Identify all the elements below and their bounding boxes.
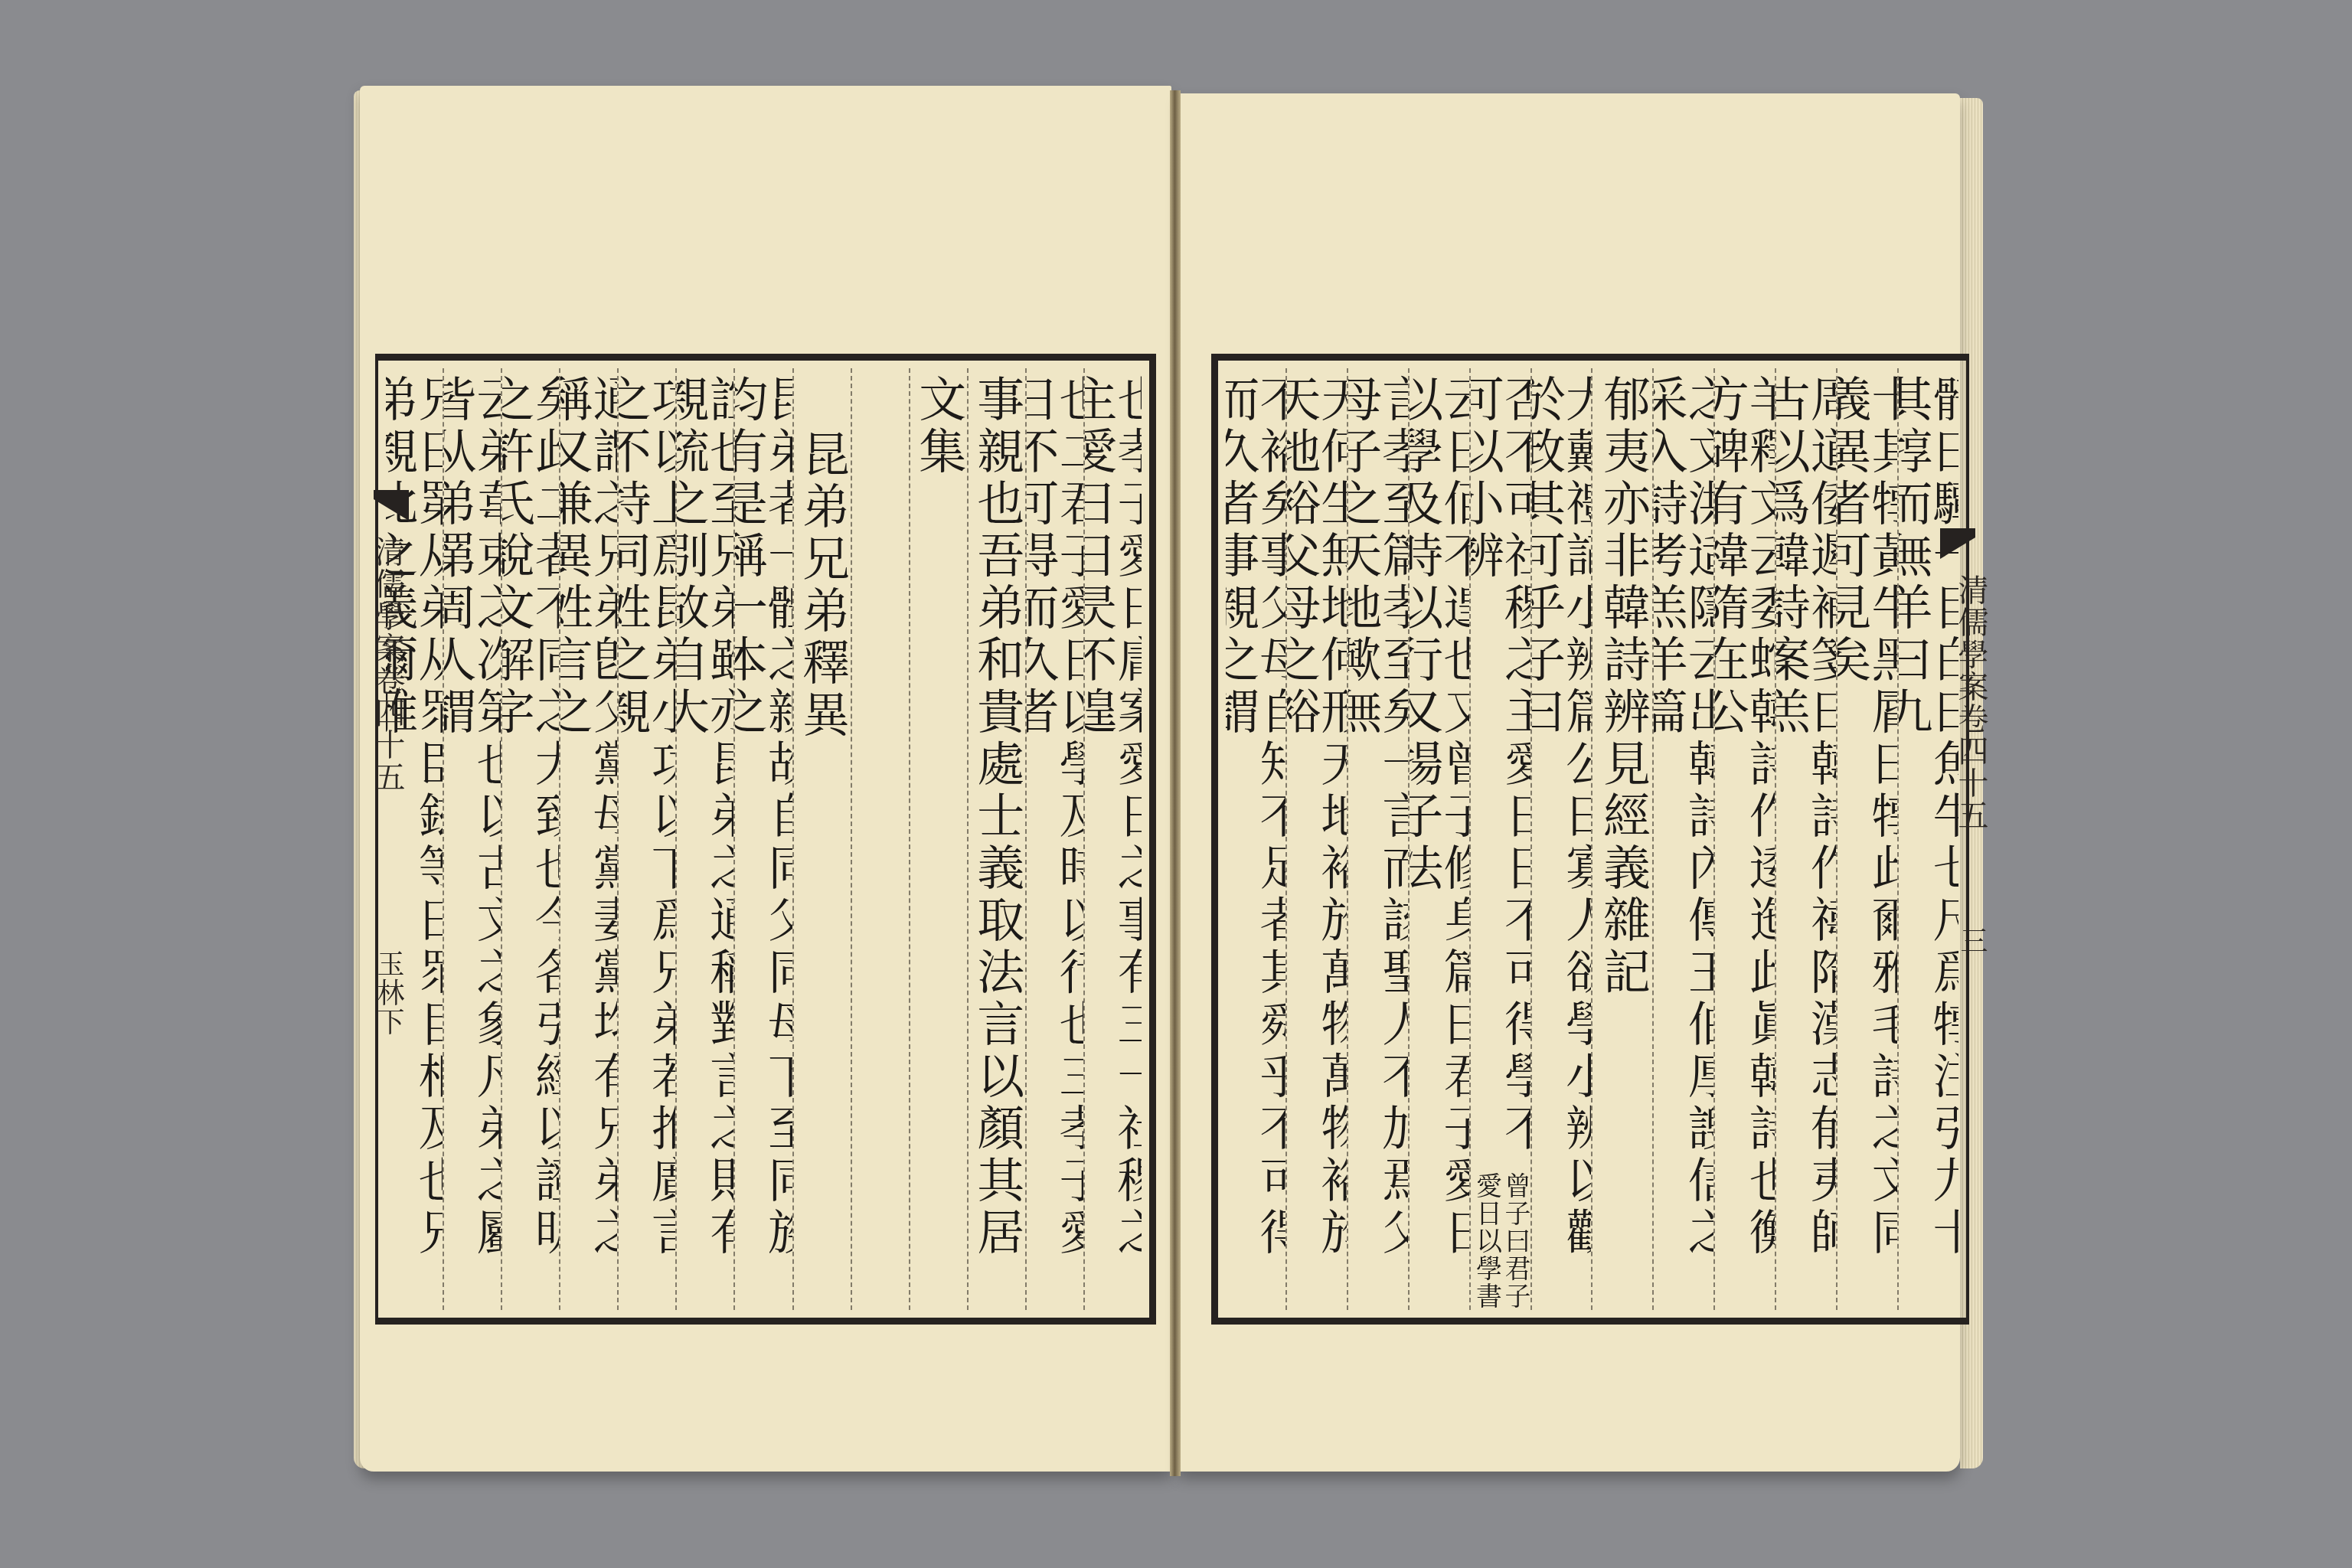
right-margin-page-number: 三 [1952,926,1991,955]
section-title: 昆弟兄弟釋異 [792,368,851,1310]
text-column: 誼也至兄弟雖亦昆弟之通稱對言之則有親疏之別故自大 [675,368,733,1310]
text-column-with-note: 否不可社稷之主愛日日不可得學不可以小辨 曾子曰君子 愛日以學書 [1469,368,1530,1310]
text-column: 也孝子愛日庸案愛日之事有三一社稷之主愛日日昃不遑 [1083,368,1142,1310]
left-page-text-frame: 也孝子愛日庸案愛日之事有三一社稷之主愛日日昃不遑 也二君子愛日以學及時以行也三孝… [375,354,1156,1325]
annotation-line: 曾子曰君子 [1501,1172,1529,1310]
text-column: 骭曰驔一目白曰魚牛七尺爲犉注引九十其犉而無羊曰九 [1897,368,1958,1310]
text-column: 郁夷亦非韓詩辨見經義雜記 [1591,368,1652,1310]
text-column: 周道倭遲補箋曰韓詩作禕隋漢志郁夷師古以爲韓詩案羔 [1775,368,1836,1310]
right-page-columns: 骭曰驔一目白曰魚牛七尺爲犉注引九十其犉而無羊曰九 十其犉黃牛黑脣曰犉此爾雅毛詩之… [1226,368,1958,1310]
text-column: 不裕矣事父母自知不足者其舜乎不可得而久者事親之謂 [1226,368,1285,1310]
left-margin-subtitle: 玉林下 [369,949,408,1037]
right-page-text-frame: 骭曰驔一目白曰魚牛七尺爲犉注引九十其犉而無羊曰九 十其犉黃牛黑脣曰犉此爾雅毛詩之… [1211,354,1969,1325]
text-column: 羊釋文云委蛇韓詩作逶迤此眞韓詩也衡方碑有禕隋在公 [1713,368,1775,1310]
inline-annotation: 曾子曰君子 愛日以學書 [1472,1172,1529,1310]
text-column: 功以上爲昆弟小功以下爲兄弟若推廣言之不特同姓之親 [617,368,675,1310]
text-column: 文集 [909,368,967,1310]
blank-column [851,368,909,1310]
text-column: 云弟韋束之次第也以古文之象凡弟之屬皆从弟罤周人謂 [443,368,501,1310]
text-run: 否不可社稷之主愛日日不可得學不可以小辨 [1469,374,1530,1172]
book-gutter [1170,90,1181,1476]
annotation-line: 愛日以學書 [1472,1172,1500,1310]
left-margin-title: 清儒學案卷四十五 [366,536,410,793]
open-book: 也孝子愛日庸案愛日之事有三一社稷之主愛日日昃不遑 也二君子愛日以學及時以行也三孝… [0,0,2352,1568]
text-column: 矣此二者不同之大致也今各引經以證明之許氏說文解字 [501,368,559,1310]
text-column: 言孝至篇孝至矣一言而該聖人不加焉父母子之天地歟無 [1347,368,1408,1310]
text-column: 云日佰不遑也又曾子修身篇曰君子愛日以學及時以行又揚子法 [1408,368,1469,1310]
text-column: 昆弟者一體之親故自同父同母下至同族均有是稱一本之 [733,368,792,1310]
left-page-columns: 也孝子愛日庸案愛日之事有三一社稷之主愛日日昃不遑 也二君子愛日以學及時以行也三孝… [386,368,1142,1310]
right-margin-title: 清儒學案卷四十五 [1949,574,1993,831]
text-column: 也二君子愛日以學及時以行也三孝子愛日不可得而久者 [1025,368,1083,1310]
text-column: 事親也吾弟和貴處士義取法言以顏其居 [967,368,1025,1310]
text-column: 之文洪适隱云出韓詩內傳王伯厚謏信之采入詩考羔羊篇 [1652,368,1713,1310]
text-column: 大戴禮記小辨篇公曰寡人欲學小辨以觀於政其可乎子曰 [1530,368,1592,1310]
text-column: 通謂之兄弟卽父黨母黨妻黨均有兄弟之稱又兼異姓言之 [559,368,617,1310]
text-column: 十其犉黃牛黑脣曰犉此爾雅毛詩之文同義異者可見矣 [1836,368,1897,1310]
text-column: 天何生無地何形天地裕於萬物萬物裕於天地裕父母之裕 [1285,368,1347,1310]
